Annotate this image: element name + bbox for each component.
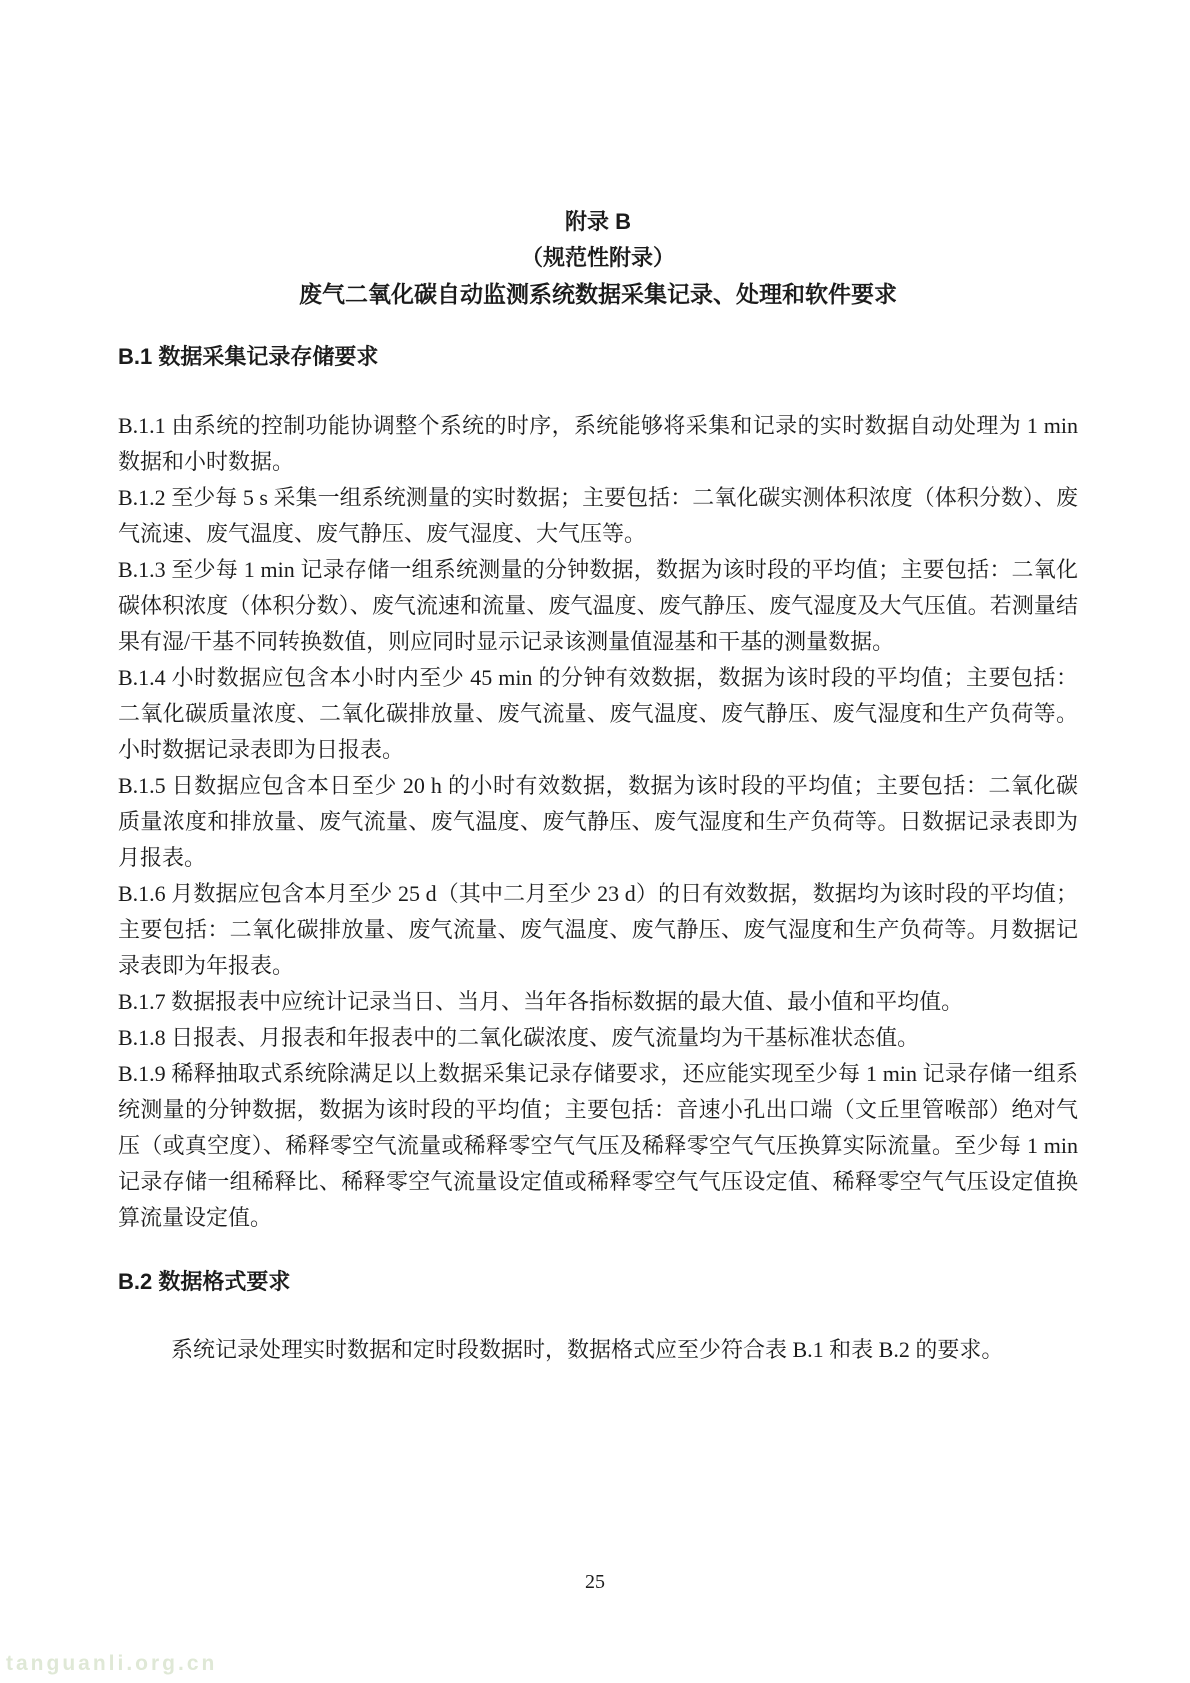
appendix-title: 附录 B xyxy=(118,204,1078,240)
paragraph-b1-2: B.1.2 至少每 5 s 采集一组系统测量的实时数据；主要包括：二氧化碳实测体… xyxy=(118,480,1078,552)
document-body: 附录 B （规范性附录） 废气二氧化碳自动监测系统数据采集记录、处理和软件要求 … xyxy=(118,204,1078,1368)
document-page: 附录 B （规范性附录） 废气二氧化碳自动监测系统数据采集记录、处理和软件要求 … xyxy=(0,0,1190,1683)
section-b1-body: B.1.1 由系统的控制功能协调整个系统的时序，系统能够将采集和记录的实时数据自… xyxy=(118,408,1078,1236)
paragraph-b1-1: B.1.1 由系统的控制功能协调整个系统的时序，系统能够将采集和记录的实时数据自… xyxy=(118,408,1078,480)
paragraph-b1-7: B.1.7 数据报表中应统计记录当日、当月、当年各指标数据的最大值、最小值和平均… xyxy=(118,984,1078,1020)
paragraph-b1-4: B.1.4 小时数据应包含本小时内至少 45 min 的分钟有效数据，数据为该时… xyxy=(118,660,1078,768)
section-b2-body: 系统记录处理实时数据和定时段数据时，数据格式应至少符合表 B.1 和表 B.2 … xyxy=(118,1332,1078,1368)
section-b2-heading: B.2 数据格式要求 xyxy=(118,1264,1078,1300)
paragraph-b1-8: B.1.8 日报表、月报表和年报表中的二氧化碳浓度、废气流量均为干基标准状态值。 xyxy=(118,1020,1078,1056)
appendix-subject: 废气二氧化碳自动监测系统数据采集记录、处理和软件要求 xyxy=(118,276,1078,312)
paragraph-b1-9: B.1.9 稀释抽取式系统除满足以上数据采集记录存储要求，还应能实现至少每 1 … xyxy=(118,1056,1078,1236)
appendix-header: 附录 B （规范性附录） 废气二氧化碳自动监测系统数据采集记录、处理和软件要求 xyxy=(118,204,1078,312)
paragraph-b1-5: B.1.5 日数据应包含本日至少 20 h 的小时有效数据，数据为该时段的平均值… xyxy=(118,768,1078,876)
appendix-type: （规范性附录） xyxy=(118,240,1078,276)
paragraph-b2-intro: 系统记录处理实时数据和定时段数据时，数据格式应至少符合表 B.1 和表 B.2 … xyxy=(118,1332,1078,1368)
watermark: tanguanli.org.cn xyxy=(6,1652,217,1676)
paragraph-b1-6: B.1.6 月数据应包含本月至少 25 d（其中二月至少 23 d）的日有效数据… xyxy=(118,876,1078,984)
page-number: 25 xyxy=(0,1568,1190,1596)
paragraph-b1-3: B.1.3 至少每 1 min 记录存储一组系统测量的分钟数据，数据为该时段的平… xyxy=(118,552,1078,660)
section-b1-heading: B.1 数据采集记录存储要求 xyxy=(118,339,1078,375)
